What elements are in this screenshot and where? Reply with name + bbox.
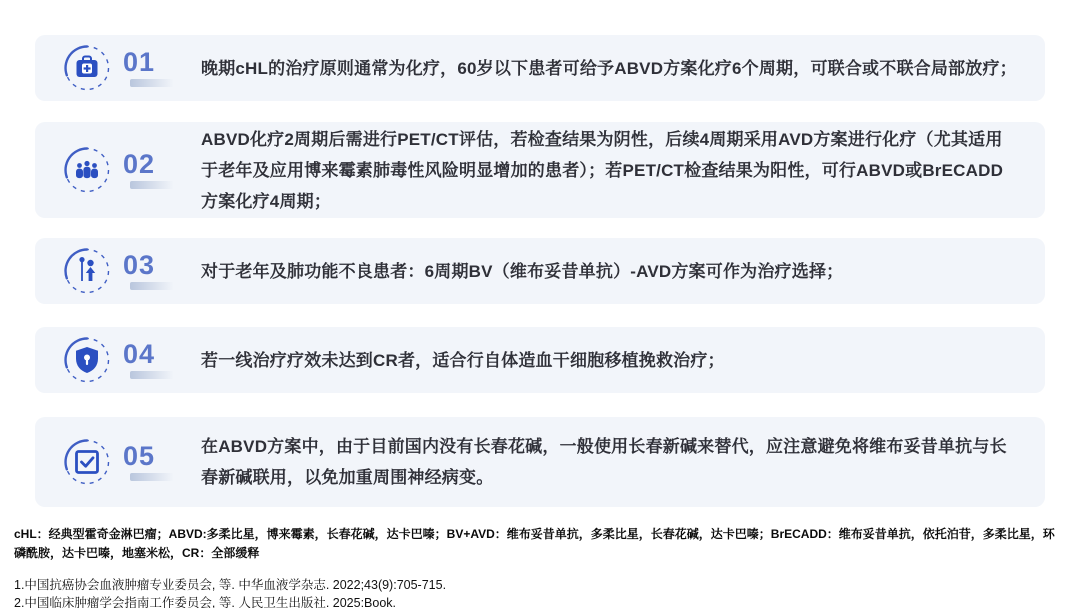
reference-1: 1.中国抗癌协会血液肿瘤专业委员会, 等. 中华血液学杂志. 2022;43(9… [14, 576, 1066, 594]
guideline-card-01: 01 晚期cHL的治疗原则通常为化疗，60岁以下患者可给予ABVD方案化疗6个周… [35, 35, 1045, 101]
item-number: 03 [123, 252, 181, 290]
number-underline [130, 181, 176, 189]
guideline-card-03: 03 对于老年及肺功能不良患者：6周期BV（维布妥昔单抗）-AVD方案可作为治疗… [35, 238, 1045, 304]
item-number-text: 01 [123, 49, 155, 76]
references: 1.中国抗癌协会血液肿瘤专业委员会, 等. 中华血液学杂志. 2022;43(9… [14, 576, 1066, 608]
item-number-text: 04 [123, 341, 155, 368]
guideline-card-02: 02 ABVD化疗2周期后需进行PET/CT评估，若检查结果为阴性，后续4周期采… [35, 122, 1045, 218]
guideline-card-05: 05 在ABVD方案中，由于目前国内没有长春花碱，一般使用长春新碱来替代，应注意… [35, 417, 1045, 507]
item-text: 若一线治疗疗效未达到CR者，适合行自体造血干细胞移植挽救治疗； [201, 345, 725, 376]
infographic-page: 01 晚期cHL的治疗原则通常为化疗，60岁以下患者可给予ABVD方案化疗6个周… [0, 0, 1080, 608]
item-number-text: 05 [123, 443, 155, 470]
people-group-icon [63, 146, 111, 194]
number-underline [130, 473, 176, 481]
shield-icon [63, 336, 111, 384]
item-text: 晚期cHL的治疗原则通常为化疗，60岁以下患者可给予ABVD方案化疗6个周期，可… [201, 53, 1017, 84]
patient-infusion-icon [63, 247, 111, 295]
item-number: 04 [123, 341, 181, 379]
abbreviation-footnote: cHL：经典型霍奇金淋巴瘤；ABVD:多柔比星，博来霉素，长春花碱，达卡巴嗪；B… [14, 525, 1066, 562]
item-number: 02 [123, 151, 181, 189]
item-text: 对于老年及肺功能不良患者：6周期BV（维布妥昔单抗）-AVD方案可作为治疗选择； [201, 256, 843, 287]
item-number: 01 [123, 49, 181, 87]
number-underline [130, 371, 176, 379]
checkbox-check-icon [63, 438, 111, 486]
guideline-card-04: 04 若一线治疗疗效未达到CR者，适合行自体造血干细胞移植挽救治疗； [35, 327, 1045, 393]
item-number-text: 02 [123, 151, 155, 178]
first-aid-kit-icon [63, 44, 111, 92]
item-number: 05 [123, 443, 181, 481]
abbreviation-text: cHL：经典型霍奇金淋巴瘤；ABVD:多柔比星，博来霉素，长春花碱，达卡巴嗪；B… [14, 525, 1066, 562]
item-text: ABVD化疗2周期后需进行PET/CT评估，若检查结果为阴性，后续4周期采用AV… [201, 124, 1019, 217]
reference-2: 2.中国临床肿瘤学会指南工作委员会, 等. 人民卫生出版社. 2025:Book… [14, 594, 1066, 608]
number-underline [130, 282, 176, 290]
item-text: 在ABVD方案中，由于目前国内没有长春花碱，一般使用长春新碱来替代，应注意避免将… [201, 431, 1019, 493]
number-underline [130, 79, 176, 87]
item-number-text: 03 [123, 252, 155, 279]
